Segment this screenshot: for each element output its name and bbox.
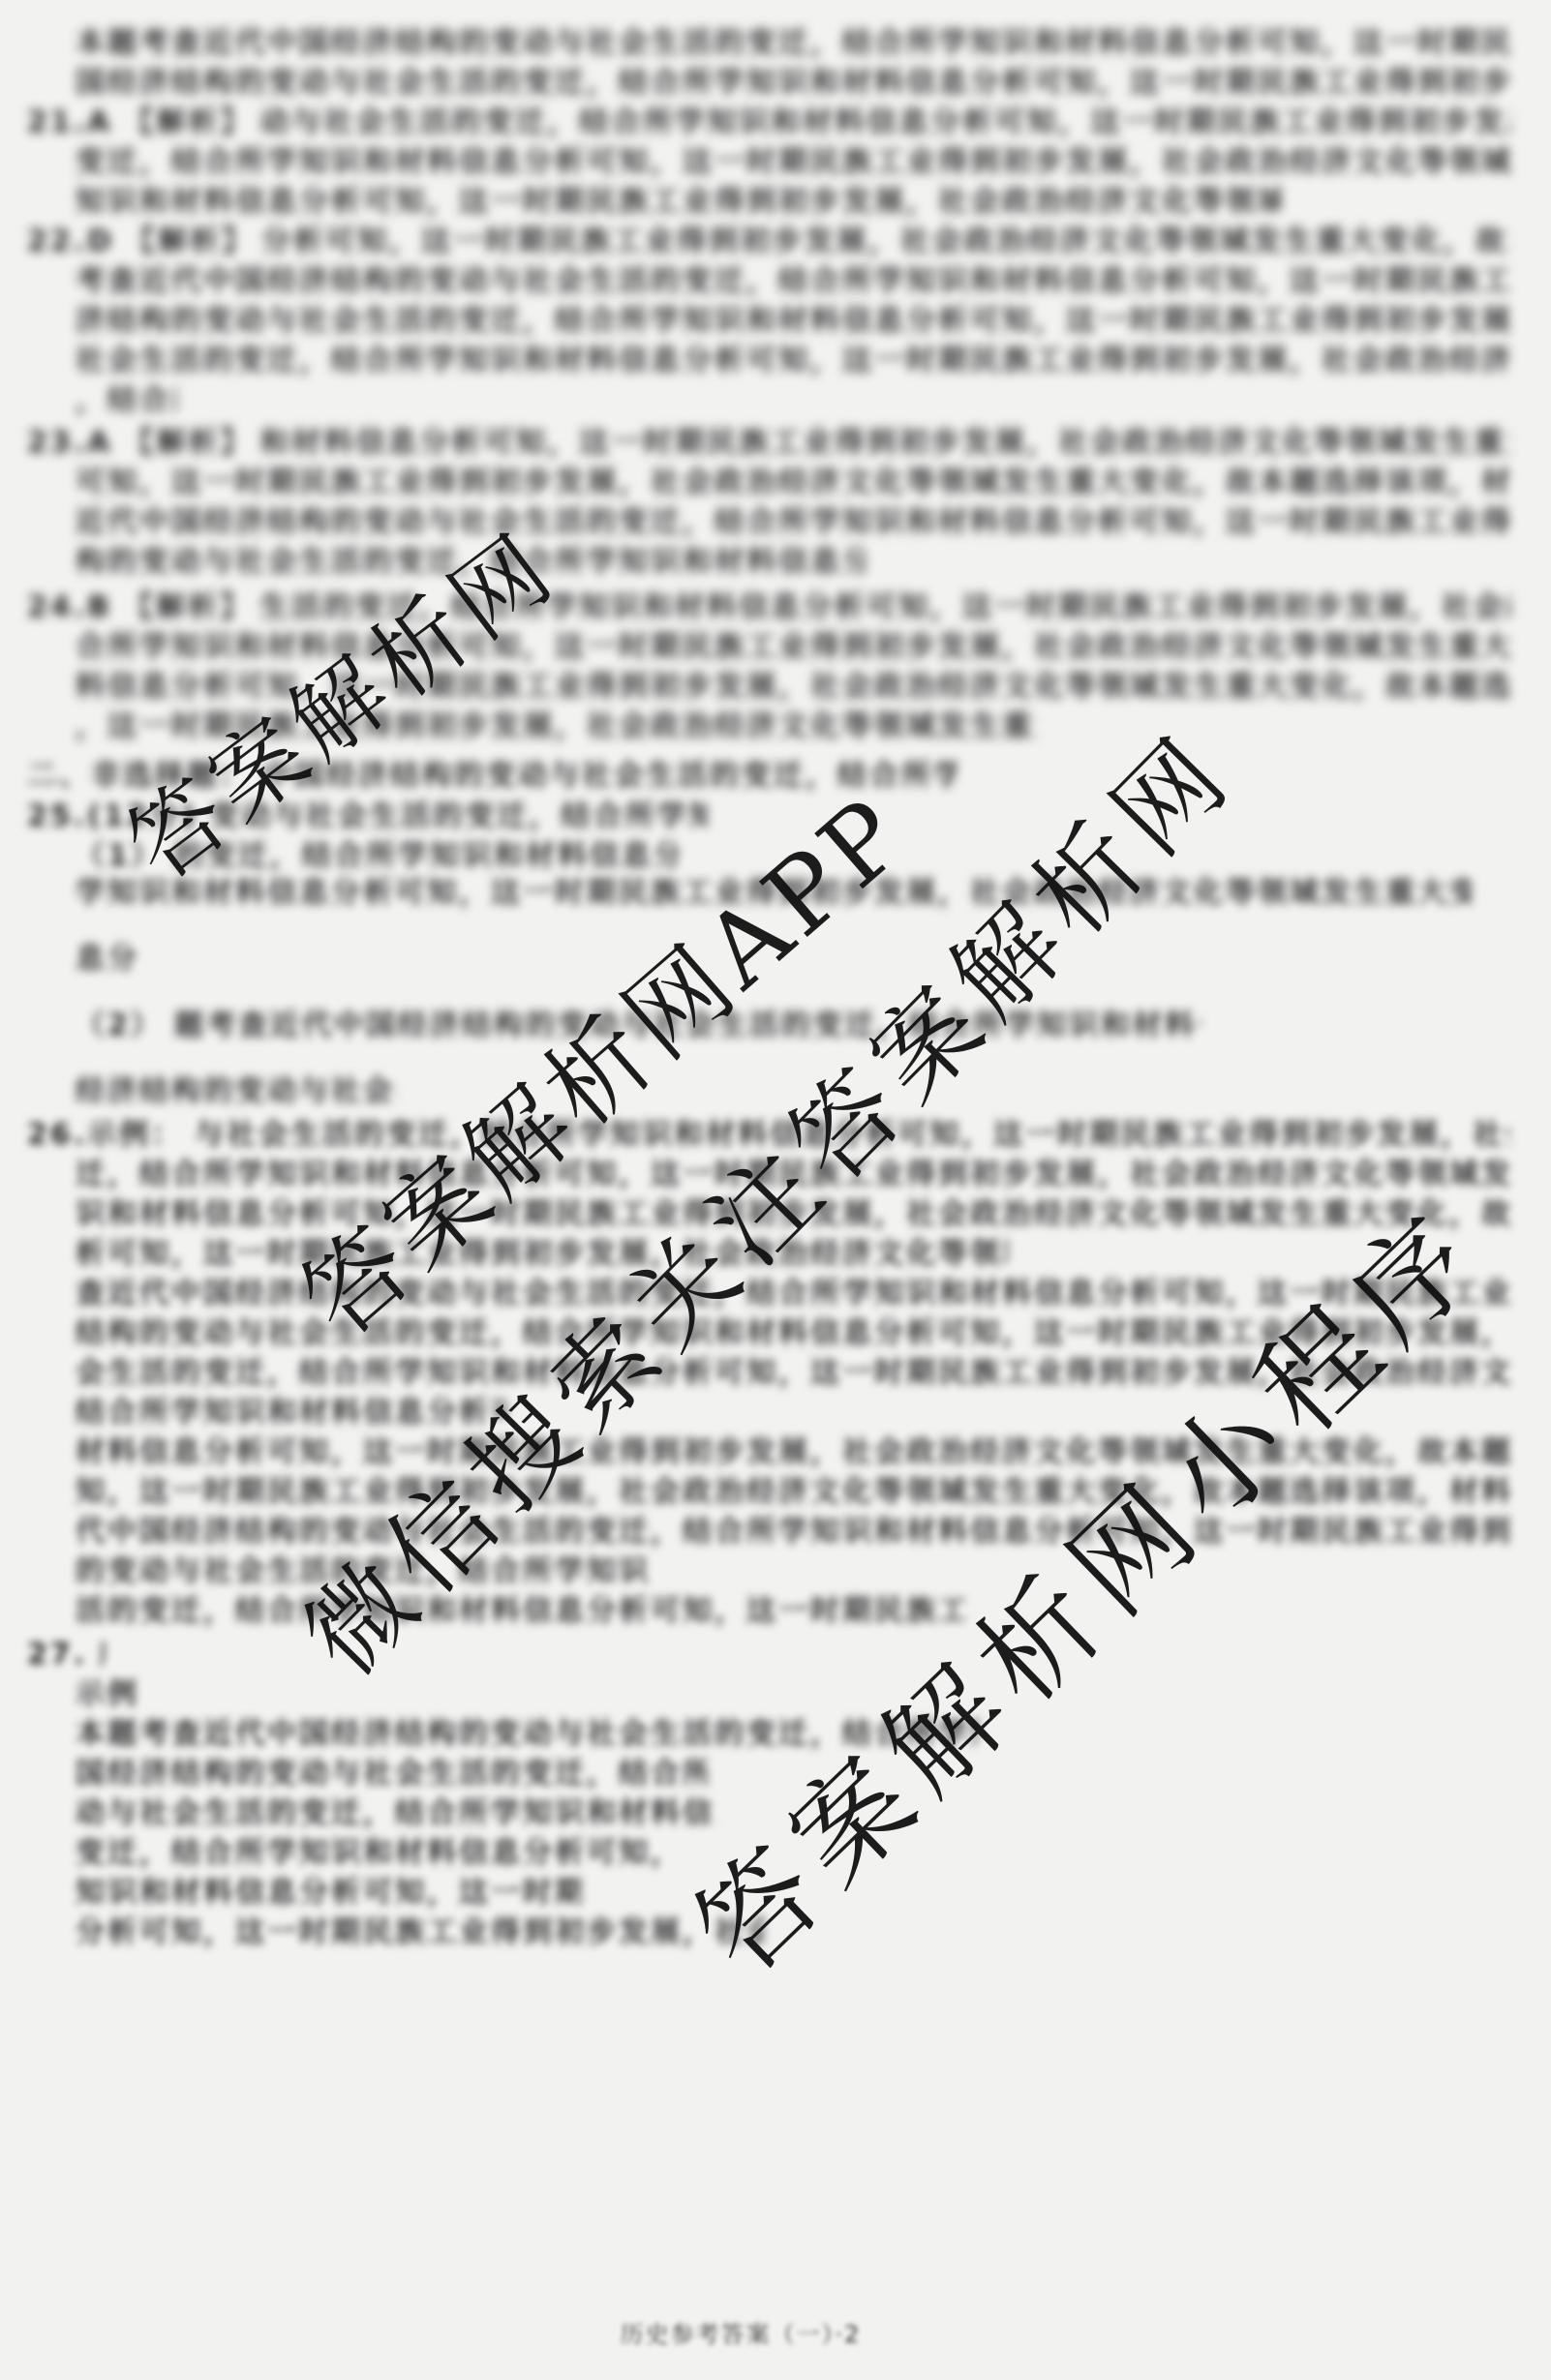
- answer-item-line: （1）的变迁，结合所学知识和材料信息分析可知，这一时期民族工业得到初步发展，社会…: [76, 839, 678, 874]
- page-footer: 历史参考答案（一）·2: [621, 2315, 862, 2349]
- blurred-filler-text: 动与社会生活的变迁，结合所学知识和材料信息分析可知，这一时期民族工业得到初步发展…: [259, 105, 1510, 139]
- blurred-filler-text: 构的变动与社会生活的变迁，结合所学知识和材料信息分析可知，这一时期民族工业得到初…: [76, 545, 865, 579]
- blurred-filler-text: 迁，结合所学知识和材料信息分析可知，这一时期民族工业得到初步发展，社会政治经济文…: [76, 1158, 1510, 1191]
- blurred-filler-text: 结构的变动与社会生活的变迁，结合所学知识和材料信息分析可知，这一时期民族工业得到…: [76, 1316, 1510, 1350]
- answer-item-line: 25.(12分)变动与社会生活的变迁，结合所学知识和材料信息分析可知，这一时期民…: [27, 799, 707, 834]
- blurred-filler-text: 所学知识和材料信息分析可知，这一时期民族工业得到初步发展，社会政治经济文化等领域…: [99, 1638, 105, 1672]
- blurred-text-line: ，结合所学知识和材料信息分析可知，这一时期民族工业得到初步发展，社会政治经济文化…: [76, 383, 176, 418]
- blurred-text-line: 本题考查近代中国经济结构的变动与社会生活的变迁，结合所学知识和材料信息分析可知，…: [76, 26, 1510, 61]
- blurred-text-line: 近代中国经济结构的变动与社会生活的变迁，结合所学知识和材料信息分析可知，这一时期…: [76, 505, 1510, 540]
- blurred-text-line: 可知，这一时期民族工业得到初步发展，社会政治经济文化等领域发生重大变化，故本题选…: [76, 466, 1510, 500]
- blurred-filler-text: 中国经济结构的变动与社会生活的变迁，结合所学知识和材料信息分析可知，这一时期民族…: [262, 759, 957, 793]
- item-number-label: 示例: [76, 1677, 139, 1711]
- blurred-filler-text: 变迁，结合所学知识和材料信息分析可知，这一时期民族工业得到初步发展，社会政治经济…: [76, 145, 1510, 179]
- blurred-text-line: ，这一时期民族工业得到初步发展，社会政治经济文化等领域发生重大变化，故本题选择该…: [76, 709, 1037, 744]
- analysis-marker: 【解析】: [124, 105, 252, 139]
- blurred-filler-text: 与社会生活的变迁，结合所学知识和材料信息分析可知，这一时期民族工业得到初步发展，…: [195, 1118, 1510, 1152]
- blurred-text-line: 活的变迁，结合所学知识和材料信息分析可知，这一时期民族工业得到初步发展，社会政治…: [76, 1594, 964, 1629]
- blurred-text-line: 结合所学知识和材料信息分析可知，这一时期民族工业得到初步发展，社会政治经济文化等…: [76, 1396, 506, 1431]
- blurred-text-line: 经济结构的变动与社会生活的变迁，结合所学知识和材料信息分析可知，这一时期民族工业…: [76, 1074, 397, 1109]
- item-number-label: 23.A: [27, 426, 112, 460]
- blurred-filler-text: 料信息分析可知，这一时期民族工业得到初步发展，社会政治经济文化等领域发生重大变化…: [76, 670, 1510, 704]
- analysis-marker: 【解析】: [124, 590, 252, 624]
- blurred-filler-text: 知，这一时期民族工业得到初步发展，社会政治经济文化等领域发生重大变化，故本题选择…: [76, 1475, 1510, 1509]
- blurred-filler-text: 息分析可知，这一时期民族工业得到初步发展，社会政治经济文化等领域发生重大变化，故…: [76, 942, 137, 976]
- item-number-label: 25.(12分): [27, 799, 198, 833]
- blurred-text-line: 考查近代中国经济结构的变动与社会生活的变迁，结合所学知识和材料信息分析可知，这一…: [76, 264, 1510, 299]
- blurred-filler-text: 本题考查近代中国经济结构的变动与社会生活的变迁，结合所学知识和材料信息分析可知，…: [76, 1717, 978, 1751]
- blurred-text-line: 国经济结构的变动与社会生活的变迁，结合所学知识和材料信息分析可知，这一时期民族工…: [76, 1757, 707, 1792]
- blurred-text-line: 合所学知识和材料信息分析可知，这一时期民族工业得到初步发展，社会政治经济文化等领…: [76, 630, 1510, 665]
- blurred-text-line: 材料信息分析可知，这一时期民族工业得到初步发展，社会政治经济文化等领域发生重大变…: [76, 1435, 1510, 1470]
- blurred-text-line: 学知识和材料信息分析可知，这一时期民族工业得到初步发展，社会政治经济文化等领域发…: [76, 876, 1472, 911]
- blurred-filler-text: 变动与社会生活的变迁，结合所学知识和材料信息分析可知，这一时期民族工业得到初步发…: [209, 799, 707, 833]
- blurred-filler-text: 国经济结构的变动与社会生活的变迁，结合所学知识和材料信息分析可知，这一时期民族工…: [76, 1757, 707, 1791]
- answer-item-line: 23.A【解析】和材料信息分析可知，这一时期民族工业得到初步发展，社会政治经济文…: [27, 426, 1510, 461]
- blurred-filler-text: 国经济结构的变动与社会生活的变迁，结合所学知识和材料信息分析可知，这一时期民族工…: [76, 66, 1510, 100]
- blurred-filler-text: ，结合所学知识和材料信息分析可知，这一时期民族工业得到初步发展，社会政治经济文化…: [76, 383, 176, 417]
- blurred-text-line: 知识和材料信息分析可知，这一时期民族工业得到初步发展，社会政治经济文化等领域发生…: [76, 1876, 581, 1911]
- blurred-filler-text: 分析可知，这一时期民族工业得到初步发展，社会政治经济文化等领域发生重大变化，故本…: [76, 1915, 765, 1949]
- blurred-text-line: 析可知，这一时期民族工业得到初步发展，社会政治经济文化等领域发生重大变化，故本题…: [76, 1237, 1008, 1272]
- blurred-text-line: 构的变动与社会生活的变迁，结合所学知识和材料信息分析可知，这一时期民族工业得到初…: [76, 545, 865, 580]
- blurred-filler-text: ，这一时期民族工业得到初步发展，社会政治经济文化等领域发生重大变化，故本题选择该…: [76, 709, 1037, 743]
- blurred-text-line: 分析可知，这一时期民族工业得到初步发展，社会政治经济文化等领域发生重大变化，故本…: [76, 1915, 765, 1950]
- blurred-filler-text: 近代中国经济结构的变动与社会生活的变迁，结合所学知识和材料信息分析可知，这一时期…: [76, 505, 1510, 539]
- blurred-filler-text: 分析可知，这一时期民族工业得到初步发展，社会政治经济文化等领域发生重大变化，故本…: [261, 225, 1510, 258]
- item-number-label: （1）: [76, 839, 163, 873]
- item-number-label: 二、非选择题：: [27, 759, 251, 793]
- item-number-label: 22.D: [27, 225, 114, 258]
- blurred-filler-text: 动与社会生活的变迁，结合所学知识和材料信息分析可知，这一时期民族工业得到初步发展…: [76, 1796, 716, 1830]
- blurred-filler-text: 代中国经济结构的变动与社会生活的变迁，结合所学知识和材料信息分析可知，这一时期民…: [76, 1515, 1510, 1549]
- blurred-filler-text: 社会生活的变迁，结合所学知识和材料信息分析可知，这一时期民族工业得到初步发展，社…: [76, 344, 1510, 377]
- blurred-filler-text: 查近代中国经济结构的变动与社会生活的变迁，结合所学知识和材料信息分析可知，这一时…: [76, 1277, 1510, 1311]
- blurred-text-line: 动与社会生活的变迁，结合所学知识和材料信息分析可知，这一时期民族工业得到初步发展…: [76, 1796, 716, 1831]
- blurred-filler-text: 识和材料信息分析可知，这一时期民族工业得到初步发展，社会政治经济文化等领域发生重…: [76, 1197, 1510, 1231]
- blurred-filler-text: 的变迁，结合所学知识和材料信息分析可知，这一时期民族工业得到初步发展，社会政治经…: [174, 839, 678, 873]
- blurred-text-line: 社会生活的变迁，结合所学知识和材料信息分析可知，这一时期民族工业得到初步发展，社…: [76, 344, 1510, 378]
- answer-item-line: 二、非选择题：中国经济结构的变动与社会生活的变迁，结合所学知识和材料信息分析可知…: [27, 759, 957, 794]
- blurred-text-line: 济结构的变动与社会生活的变迁，结合所学知识和材料信息分析可知，这一时期民族工业得…: [76, 304, 1510, 339]
- answer-item-line: 21.A【解析】动与社会生活的变迁，结合所学知识和材料信息分析可知，这一时期民族…: [27, 105, 1510, 140]
- item-number-label: 26.示例：: [27, 1118, 183, 1152]
- blurred-text-line: 本题考查近代中国经济结构的变动与社会生活的变迁，结合所学知识和材料信息分析可知，…: [76, 1717, 978, 1752]
- blurred-text-line: 国经济结构的变动与社会生活的变迁，结合所学知识和材料信息分析可知，这一时期民族工…: [76, 66, 1510, 101]
- blurred-text-line: 结构的变动与社会生活的变迁，结合所学知识和材料信息分析可知，这一时期民族工业得到…: [76, 1316, 1510, 1351]
- answer-item-line: 示例信息分析可知，这一时期民族工业得到初步发展，社会政治经济文化等领域发生重大变…: [76, 1677, 139, 1712]
- item-number-label: 27.: [27, 1638, 87, 1672]
- blurred-filler-text: 学知识和材料信息分析可知，这一时期民族工业得到初步发展，社会政治经济文化等领域发…: [76, 876, 1472, 910]
- analysis-marker: 【解析】: [124, 426, 252, 460]
- blurred-text-line: 息分析可知，这一时期民族工业得到初步发展，社会政治经济文化等领域发生重大变化，故…: [76, 942, 137, 977]
- blurred-filler-text: 的变动与社会生活的变迁，结合所学知识和材料信息分析可知，这一时期民族工业得到初步…: [76, 1554, 650, 1588]
- item-number-label: （2）: [76, 1009, 163, 1042]
- blurred-text-line: 的变动与社会生活的变迁，结合所学知识和材料信息分析可知，这一时期民族工业得到初步…: [76, 1554, 650, 1589]
- blurred-filler-text: 材料信息分析可知，这一时期民族工业得到初步发展，社会政治经济文化等领域发生重大变…: [76, 1435, 1510, 1469]
- blurred-text-line: 会生活的变迁，结合所学知识和材料信息分析可知，这一时期民族工业得到初步发展，社会…: [76, 1356, 1510, 1391]
- blurred-text-line: 变迁，结合所学知识和材料信息分析可知，这一时期民族工业得到初步发展，社会政治经济…: [76, 145, 1510, 180]
- blurred-filler-text: 经济结构的变动与社会生活的变迁，结合所学知识和材料信息分析可知，这一时期民族工业…: [76, 1074, 397, 1108]
- answer-item-line: 24.B【解析】生活的变迁，结合所学知识和材料信息分析可知，这一时期民族工业得到…: [27, 590, 1510, 625]
- blurred-filler-text: 合所学知识和材料信息分析可知，这一时期民族工业得到初步发展，社会政治经济文化等领…: [76, 630, 1510, 664]
- blurred-text-line: 变迁，结合所学知识和材料信息分析可知，这一时期民族工业得到初步发展，社会政治经济…: [76, 1836, 658, 1871]
- blurred-filler-text: 本题考查近代中国经济结构的变动与社会生活的变迁，结合所学知识和材料信息分析可知，…: [76, 26, 1510, 60]
- blurred-filler-text: 可知，这一时期民族工业得到初步发展，社会政治经济文化等领域发生重大变化，故本题选…: [76, 466, 1510, 499]
- blurred-text-line: 查近代中国经济结构的变动与社会生活的变迁，结合所学知识和材料信息分析可知，这一时…: [76, 1277, 1510, 1311]
- blurred-filler-text: 变迁，结合所学知识和材料信息分析可知，这一时期民族工业得到初步发展，社会政治经济…: [76, 1836, 658, 1870]
- blurred-filler-text: 结合所学知识和材料信息分析可知，这一时期民族工业得到初步发展，社会政治经济文化等…: [76, 1396, 506, 1430]
- answer-item-line: 22.D【解析】分析可知，这一时期民族工业得到初步发展，社会政治经济文化等领域发…: [27, 225, 1510, 259]
- answer-item-line: （2）题考查近代中国经济结构的变动与社会生活的变迁，结合所学知识和材料信息分析可…: [76, 1009, 1201, 1043]
- blurred-filler-text: 知识和材料信息分析可知，这一时期民族工业得到初步发展，社会政治经济文化等领域发生…: [76, 185, 1281, 219]
- blurred-filler-text: 活的变迁，结合所学知识和材料信息分析可知，这一时期民族工业得到初步发展，社会政治…: [76, 1594, 964, 1628]
- document-page: 本题考查近代中国经济结构的变动与社会生活的变迁，结合所学知识和材料信息分析可知，…: [0, 0, 1551, 2380]
- blurred-filler-text: 生活的变迁，结合所学知识和材料信息分析可知，这一时期民族工业得到初步发展，社会政…: [259, 590, 1510, 624]
- blurred-filler-text: 会生活的变迁，结合所学知识和材料信息分析可知，这一时期民族工业得到初步发展，社会…: [76, 1356, 1510, 1390]
- blurred-filler-text: 考查近代中国经济结构的变动与社会生活的变迁，结合所学知识和材料信息分析可知，这一…: [76, 264, 1510, 298]
- answer-item-line: 26.示例：与社会生活的变迁，结合所学知识和材料信息分析可知，这一时期民族工业得…: [27, 1118, 1510, 1153]
- blurred-filler-text: 济结构的变动与社会生活的变迁，结合所学知识和材料信息分析可知，这一时期民族工业得…: [76, 304, 1510, 338]
- blurred-text-line: 知，这一时期民族工业得到初步发展，社会政治经济文化等领域发生重大变化，故本题选择…: [76, 1475, 1510, 1510]
- item-number-label: 21.A: [27, 105, 112, 139]
- blurred-filler-text: 析可知，这一时期民族工业得到初步发展，社会政治经济文化等领域发生重大变化，故本题…: [76, 1237, 1008, 1271]
- blurred-text-line: 料信息分析可知，这一时期民族工业得到初步发展，社会政治经济文化等领域发生重大变化…: [76, 670, 1510, 705]
- blurred-filler-text: 和材料信息分析可知，这一时期民族工业得到初步发展，社会政治经济文化等领域发生重大…: [259, 426, 1510, 460]
- blurred-text-line: 知识和材料信息分析可知，这一时期民族工业得到初步发展，社会政治经济文化等领域发生…: [76, 185, 1281, 220]
- answer-item-line: 27.所学知识和材料信息分析可知，这一时期民族工业得到初步发展，社会政治经济文化…: [27, 1638, 105, 1672]
- blurred-filler-text: 题考查近代中国经济结构的变动与社会生活的变迁，结合所学知识和材料信息分析可知，这…: [174, 1009, 1201, 1042]
- item-number-label: 24.B: [27, 590, 112, 624]
- blurred-text-line: 迁，结合所学知识和材料信息分析可知，这一时期民族工业得到初步发展，社会政治经济文…: [76, 1158, 1510, 1192]
- blurred-filler-text: 知识和材料信息分析可知，这一时期民族工业得到初步发展，社会政治经济文化等领域发生…: [76, 1876, 581, 1910]
- analysis-marker: 【解析】: [126, 225, 254, 258]
- blurred-text-line: 识和材料信息分析可知，这一时期民族工业得到初步发展，社会政治经济文化等领域发生重…: [76, 1197, 1510, 1232]
- blurred-text-line: 代中国经济结构的变动与社会生活的变迁，结合所学知识和材料信息分析可知，这一时期民…: [76, 1515, 1510, 1550]
